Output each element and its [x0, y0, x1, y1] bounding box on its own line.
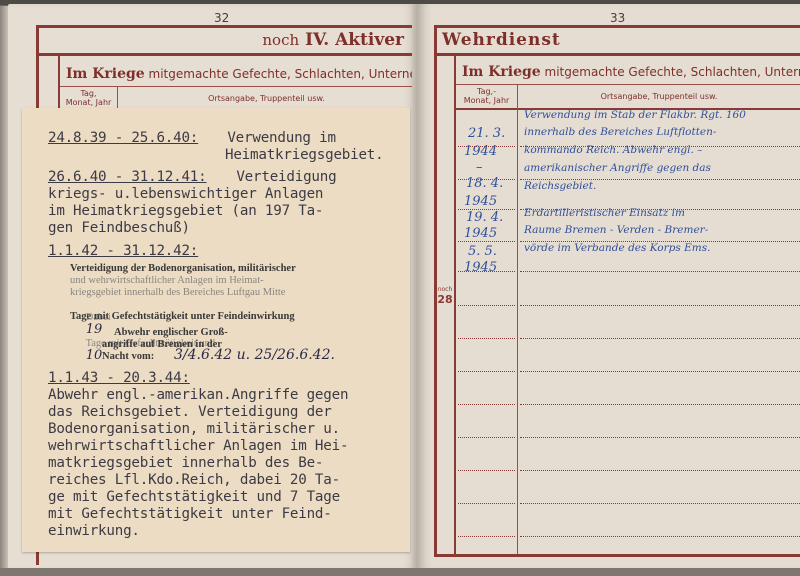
- hand-entry-line: Raume Bremen - Verden - Bremer-: [524, 224, 708, 236]
- stamp-line1: Verteidigung der Bodenorganisation, mili…: [70, 263, 296, 276]
- margin-note-number: 28: [436, 293, 454, 306]
- place-row-rule: [520, 503, 800, 504]
- typed-slip: 24.8.39 - 25.6.40: Verwendung im Heimatk…: [22, 108, 410, 552]
- entry3-dates: 1.1.42 - 31.12.42:: [48, 243, 198, 260]
- entry4-line: einwirkung.: [48, 523, 348, 540]
- hand-entry-line: Verwendung im Stab der Flakbr. Rgt. 160: [524, 109, 746, 121]
- page-number-right: 33: [610, 11, 625, 25]
- right-col-divider: [517, 85, 518, 554]
- left-col-place-header: Ortsangabe, Truppenteil usw.: [118, 94, 415, 103]
- entry2-text-a: Verteidigung: [228, 169, 336, 186]
- stamp2-line1: Abwehr englischer Groß-: [114, 327, 228, 340]
- stamp-line2: und wehrwirtschaftlicher Anlagen im Heim…: [70, 275, 264, 288]
- col-date-line1: Tag,: [60, 89, 117, 98]
- date-row-rule: [458, 404, 515, 405]
- right-header-divider: [434, 53, 800, 56]
- hand-date: 1945: [464, 260, 497, 275]
- date-row-rule: [458, 305, 515, 306]
- date-row-rule: [458, 241, 515, 242]
- hand-entry-line: Reichsgebiet.: [524, 180, 596, 192]
- hand-date: 19. 4.: [466, 210, 503, 225]
- subheading-rest: mitgemachte Gefechte, Schlachten, Untern…: [545, 65, 800, 79]
- col-date-line2: Monat, Jahr: [456, 96, 517, 105]
- entry4-line: ge mit Gefechtstätigkeit und 7 Tage: [48, 489, 348, 506]
- right-subheading: Im Kriege mitgemachte Gefechte, Schlacht…: [462, 64, 800, 80]
- place-row-rule: [520, 271, 800, 272]
- entry1-text-b: Heimatkriegsgebiet.: [225, 147, 384, 164]
- hand-date: 5. 5.: [468, 244, 497, 259]
- book-bottom-edge: [0, 568, 800, 576]
- stamp2-line3: Nacht vom:: [102, 351, 154, 364]
- col-date-line1: Tag,-: [456, 87, 517, 96]
- place-row-rule: [520, 338, 800, 339]
- entry4-line: Abwehr engl.-amerikan.Angriffe gegen: [48, 387, 348, 404]
- subheading-bold: Im Kriege: [462, 64, 541, 80]
- place-row-rule: [520, 305, 800, 306]
- date-row-rule: [458, 536, 515, 537]
- entry2-text-d: gen Feindbeschuß): [48, 220, 190, 237]
- page-number-left: 32: [214, 11, 229, 25]
- entry4-line: mit Gefechtstätigkeit unter Feind-: [48, 506, 348, 523]
- entry1-dates: 24.8.39 - 25.6.40:: [48, 130, 198, 147]
- margin-reference: noch 28: [436, 286, 454, 306]
- hand-date: 1945: [464, 194, 497, 209]
- place-row-rule: [520, 371, 800, 372]
- date-row-rule: [458, 371, 515, 372]
- entry4-line: reiches Lfl.Kdo.Reich, dabei 20 Ta-: [48, 472, 348, 489]
- date-row-rule: [458, 437, 515, 438]
- hand-days-enemy: 10: [86, 348, 103, 363]
- entry2-dates: 26.6.40 - 31.12.41:: [48, 169, 207, 186]
- entry4-body: Abwehr engl.-amerikan.Angriffe gegen das…: [48, 387, 348, 540]
- hand-entry-line: vörde im Verbande des Korps Ems.: [524, 242, 710, 254]
- entry4-line: matkriegsgebiet innerhalb des Be-: [48, 455, 348, 472]
- entry4-line: das Reichsgebiet. Verteidigung der: [48, 404, 348, 421]
- stamp2-hand-dates: 3/4.6.42 u. 25/26.6.42.: [174, 347, 335, 363]
- place-row-rule: [520, 470, 800, 471]
- entry4-line: Bodenorganisation, militärischer u.: [48, 421, 348, 438]
- right-page-heading: Wehrdienst: [442, 30, 561, 50]
- date-row-rule: [458, 470, 515, 471]
- margin-note-noch: noch: [436, 286, 454, 293]
- right-col-place-header: Ortsangabe, Truppenteil usw.: [518, 92, 800, 101]
- entry2-text-b: kriegs- u.lebenswichtiger Anlagen: [48, 186, 323, 203]
- place-row-rule: [520, 536, 800, 537]
- right-page: 33 Wehrdienst Im Kriege mitgemachte Gefe…: [418, 4, 800, 570]
- date-row-rule: [458, 338, 515, 339]
- hand-date: 18. 4.: [466, 176, 503, 191]
- open-soldbuch: 32 noch IV. Aktiver Im Kriege mitgemacht…: [0, 0, 800, 576]
- entry4-line: wehrwirtschaftlicher Anlagen im Hei-: [48, 438, 348, 455]
- hand-entry-line: innerhalb des Bereiches Luftflotten-: [524, 126, 716, 138]
- hand-days-combat: 19: [86, 322, 103, 337]
- hand-entry-line: amerikanischer Angriffe gegen das: [524, 162, 711, 174]
- col-date-line2: Monat, Jahr: [60, 98, 117, 107]
- right-margin-column: [454, 56, 456, 554]
- hand-date: 1945: [464, 226, 497, 241]
- right-colhead-divider: [456, 84, 800, 85]
- entry2-text-c: im Heimatkriegsgebiet (an 197 Ta-: [48, 203, 323, 220]
- left-header-divider: [36, 53, 418, 56]
- hand-date: 1944: [464, 144, 497, 159]
- right-col-date-header: Tag,- Monat, Jahr: [456, 87, 517, 105]
- stamp-line5: Tage mit Gefechtstätigkeit unter Feindei…: [70, 311, 295, 324]
- left-colhead-divider: [60, 86, 415, 87]
- entry1-text-a: Verwendung im: [219, 130, 336, 147]
- stamp-line3: kriegsgebiet innerhalb des Bereiches Luf…: [70, 287, 285, 300]
- place-row-rule: [520, 437, 800, 438]
- date-row-rule: [458, 503, 515, 504]
- hand-entry-line: Erdartilleristischer Einsatz im: [524, 207, 685, 219]
- hand-date: 21. 3.: [468, 126, 505, 141]
- heading-prefix: noch: [262, 31, 299, 49]
- heading-title: IV. Aktiver: [305, 30, 404, 50]
- place-row-rule: [520, 404, 800, 405]
- subheading-bold: Im Kriege: [66, 66, 145, 82]
- left-page-heading: noch IV. Aktiver: [262, 30, 404, 50]
- hand-date: –: [476, 160, 483, 175]
- left-col-date-header: Tag, Monat, Jahr: [60, 89, 117, 107]
- entry4-dates: 1.1.43 - 20.3.44:: [48, 370, 190, 387]
- hand-entry-line: kommando Reich. Abwehr engl. –: [524, 144, 702, 156]
